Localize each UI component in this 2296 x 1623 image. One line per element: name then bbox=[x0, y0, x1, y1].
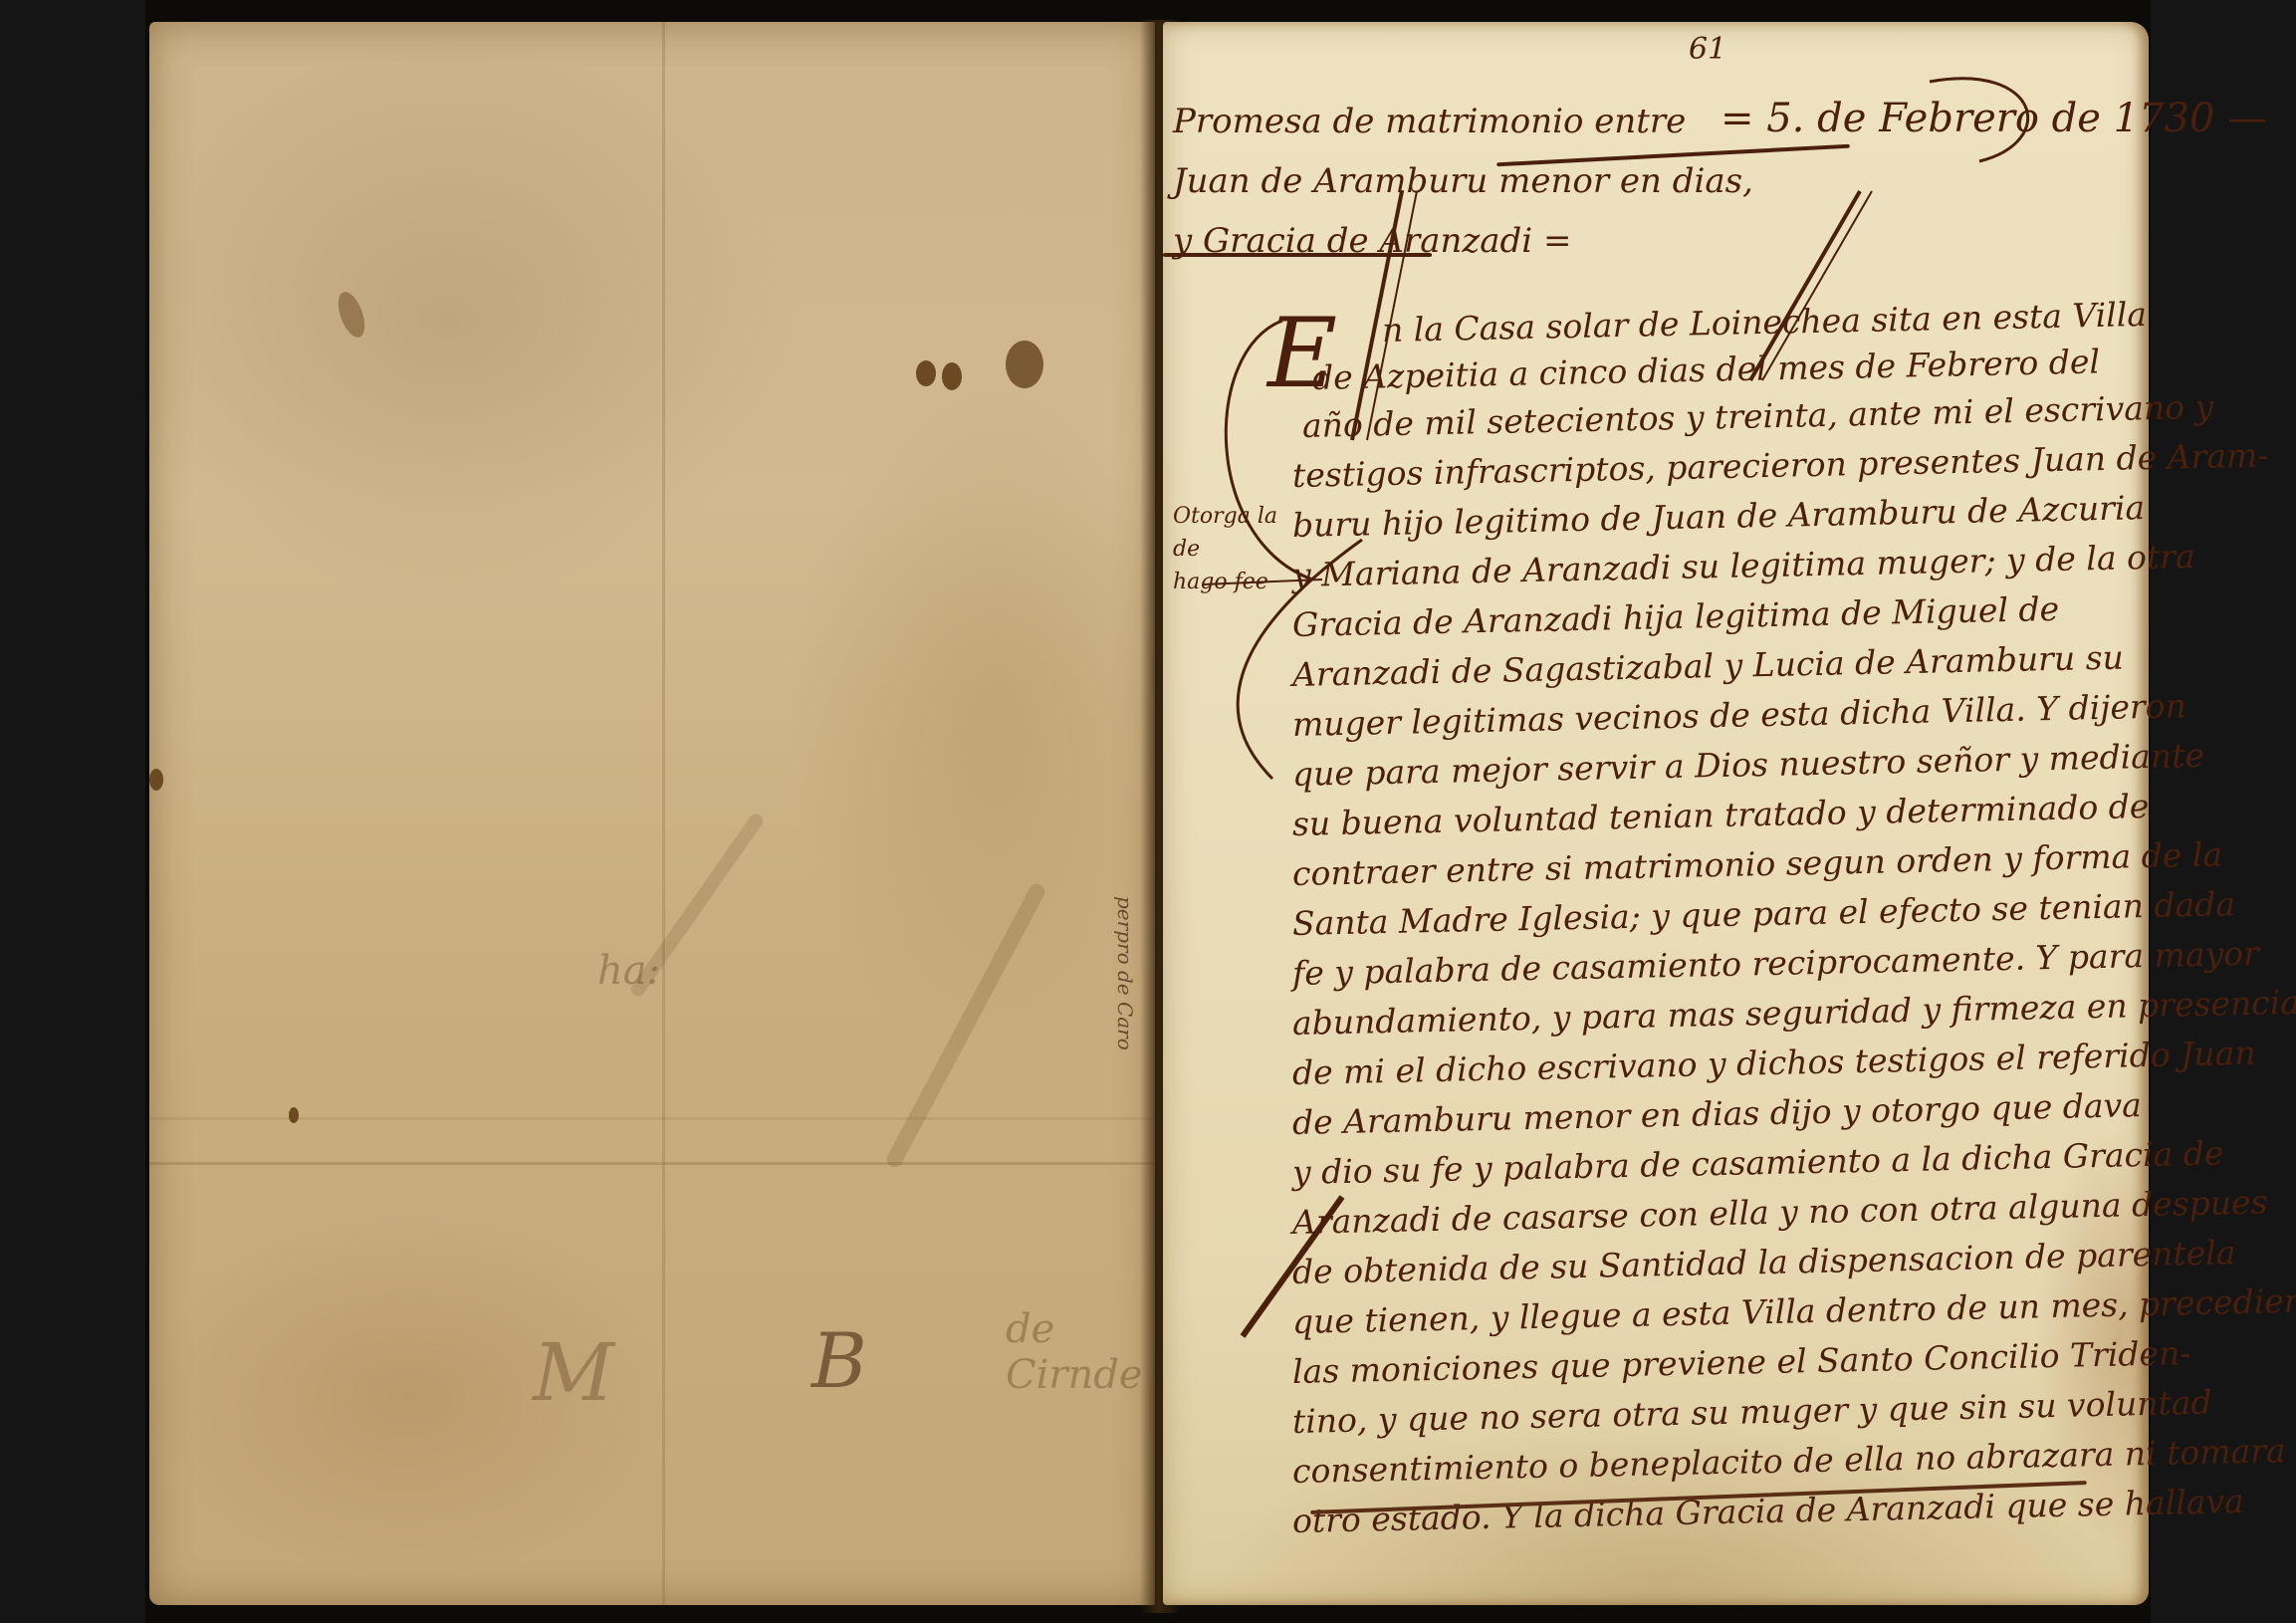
heading-underline bbox=[1163, 253, 1432, 257]
body-line: muger legitimas vecinos de esta dicha Vi… bbox=[1292, 686, 2187, 744]
ink-stain bbox=[942, 362, 962, 390]
body-line: contraer entre si matrimonio segun orden… bbox=[1292, 834, 2223, 893]
body-line: su buena voluntad tenian tratado y deter… bbox=[1292, 787, 2150, 843]
body-line: testigos infrascriptos, parecieron prese… bbox=[1292, 435, 2269, 495]
body-line: que para mejor servir a Dios nuestro señ… bbox=[1292, 736, 2205, 794]
body-line: Aranzadi de Sagastizabal y Lucia de Aram… bbox=[1292, 638, 2125, 694]
body-line: de obtenida de su Santidad la dispensaci… bbox=[1292, 1233, 2236, 1291]
body-line: abundamiento, y para mas seguridad y fir… bbox=[1292, 983, 2296, 1043]
body-line: de Aramburu menor en dias dijo y otorgo … bbox=[1292, 1085, 2143, 1142]
body-line: buru hijo legitimo de Juan de Aramburu d… bbox=[1292, 488, 2146, 545]
body-line: fe y palabra de casamiento reciprocament… bbox=[1292, 934, 2260, 993]
heading-line-1: Promesa de matrimonio entre bbox=[1173, 102, 1686, 141]
body-line: y dio su fe y palabra de casamiento a la… bbox=[1292, 1133, 2224, 1192]
left-page: M B de Cirnde ha: bbox=[149, 22, 1155, 1605]
margin-note-line-2: hago fee bbox=[1173, 566, 1282, 598]
body-line: n la Casa solar de Loinechea sita en est… bbox=[1382, 295, 2148, 349]
body-line: Santa Madre Iglesia; y que para el efect… bbox=[1292, 884, 2236, 943]
body-line: año de mil setecientos y treinta, ante m… bbox=[1302, 387, 2214, 445]
ink-stain bbox=[289, 1107, 299, 1123]
body-line: de mi el dicho escrivano y dichos testig… bbox=[1292, 1034, 2256, 1092]
margin-note: Otorga la de hago fee bbox=[1173, 500, 1282, 598]
body-line: tino, y que no sera otra su muger y que … bbox=[1292, 1383, 2212, 1441]
body-line: de Azpeitia a cinco dias del mes de Febr… bbox=[1312, 342, 2101, 397]
heading-line-2: Juan de Aramburu menor en dias, bbox=[1173, 161, 1753, 201]
heading-date: = 5. de Febrero de 1730 — bbox=[1721, 96, 2267, 141]
ink-stain bbox=[1006, 341, 1043, 388]
body-line: las moniciones que previene el Santo Con… bbox=[1292, 1333, 2191, 1391]
margin-note-line-1: Otorga la de bbox=[1173, 500, 1282, 566]
bleed-through-monogram: B bbox=[811, 1316, 867, 1405]
body-line: y Mariana de Aranzadi su legitima muger;… bbox=[1292, 537, 2195, 594]
bleed-through-text: ha: bbox=[597, 948, 660, 994]
body-line: otro estado. Y la dicha Gracia de Aranza… bbox=[1292, 1482, 2245, 1540]
spine-annotation: perpro de Caro bbox=[1113, 896, 1137, 1354]
fold-line-horizontal-2 bbox=[149, 1117, 1155, 1120]
body-line: que tienen, y llegue a esta Villa dentro… bbox=[1292, 1280, 2296, 1341]
fold-line-horizontal bbox=[149, 1162, 1155, 1165]
body-line: consentimiento o beneplacito de ella no … bbox=[1292, 1431, 2286, 1491]
ink-stain bbox=[916, 360, 936, 386]
water-stain bbox=[884, 881, 1047, 1170]
body-line: Aranzadi de casarse con ella y no con ot… bbox=[1292, 1182, 2268, 1242]
right-page: 61 Promesa de matrimonio entre Juan de A… bbox=[1163, 22, 2149, 1605]
body-line: Gracia de Aranzadi hija legitima de Migu… bbox=[1292, 589, 2060, 644]
bleed-through-monogram: M bbox=[533, 1326, 614, 1419]
folio-number: 61 bbox=[1689, 32, 1726, 67]
fold-line-vertical bbox=[662, 22, 665, 1605]
ink-stain bbox=[149, 769, 163, 791]
ink-stain bbox=[333, 289, 369, 342]
